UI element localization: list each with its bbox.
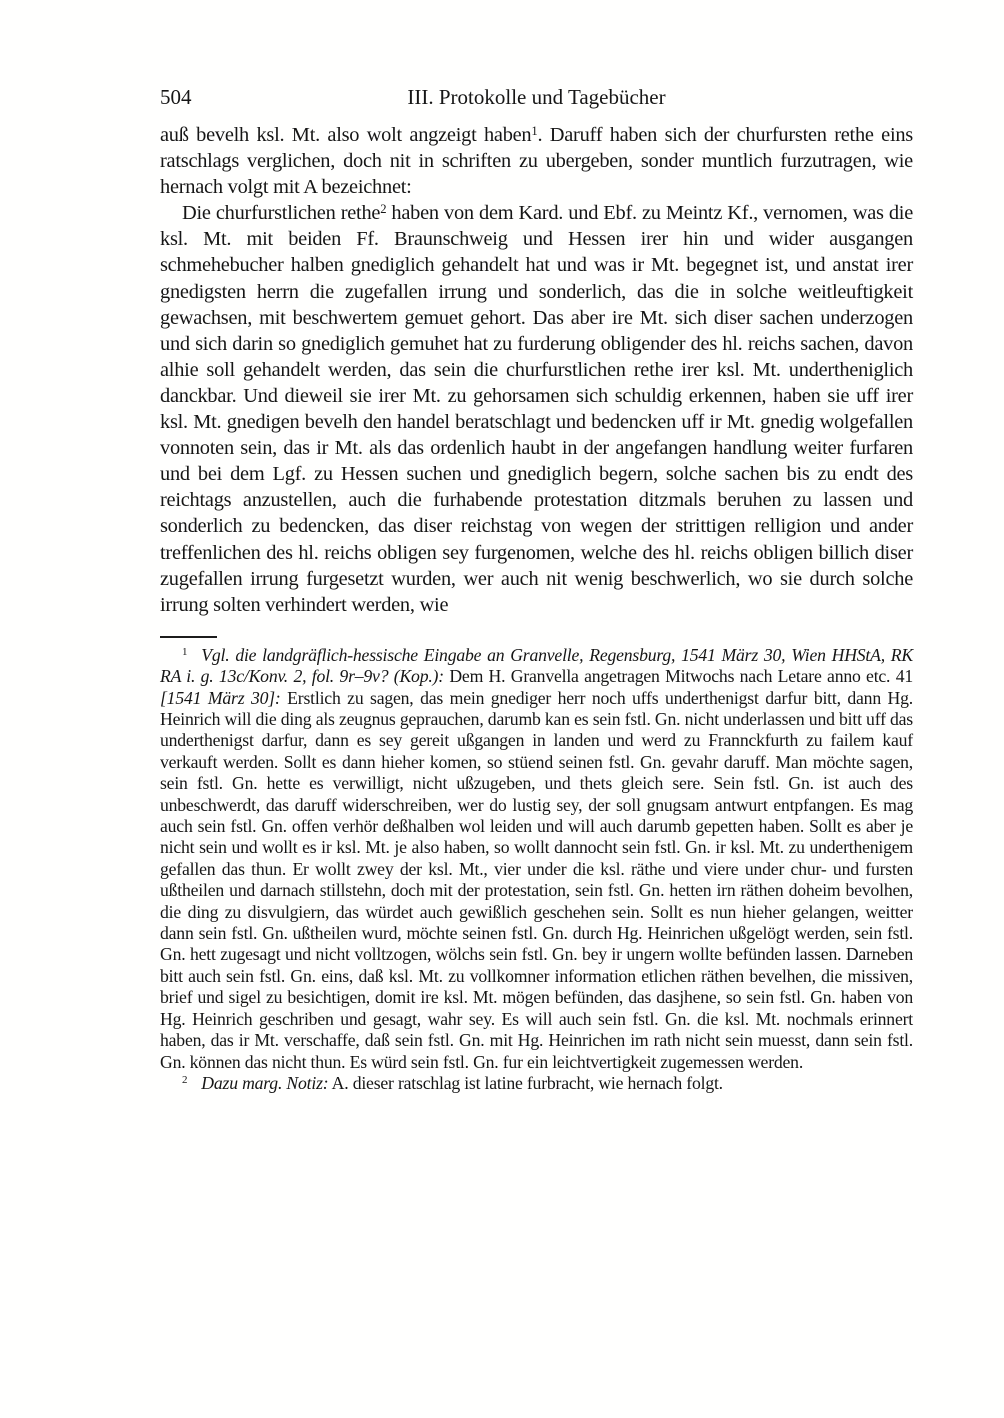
book-page: 504 III. Protokolle und Tagebücher auß b…: [0, 0, 1004, 1418]
italic-segment: Dazu marg. Notiz:: [201, 1073, 328, 1093]
page-content: 504 III. Protokolle und Tagebücher auß b…: [160, 84, 913, 1094]
footnote-2-marker: 2: [182, 1074, 187, 1086]
italic-segment: [1541 März 30]:: [160, 688, 281, 708]
text-segment: Dem H. Granvella angetragen Mitwochs nac…: [444, 666, 913, 686]
footnotes-section: 1Vgl. die landgräflich-hessische Eingabe…: [160, 645, 913, 1095]
text-segment: Erstlich zu sagen, das mein gnediger her…: [160, 688, 913, 1072]
body-paragraph-1: auß bevelh ksl. Mt. also wolt angzeigt h…: [160, 122, 913, 200]
text-segment: auß bevelh ksl. Mt. also wolt angzeigt h…: [160, 124, 531, 146]
running-title: III. Protokolle und Tagebücher: [160, 84, 913, 110]
footnote-separator: [160, 636, 217, 638]
page-number: 504: [160, 84, 192, 110]
footnote-reference: 2: [380, 202, 386, 216]
footnote-1-marker: 1: [182, 646, 187, 658]
footnote-2: 2Dazu marg. Notiz: A. dieser ratschlag i…: [160, 1073, 913, 1094]
footnote-reference: 1: [531, 124, 537, 138]
footnote-1-text: Vgl. die landgräflich-hessische Eingabe …: [160, 645, 913, 1072]
body-paragraph-2: Die churfurstlichen rethe2 haben von dem…: [160, 200, 913, 618]
text-segment: A. dieser ratschlag ist latine furbracht…: [328, 1073, 722, 1093]
footnote-2-text: Dazu marg. Notiz: A. dieser ratschlag is…: [201, 1073, 723, 1093]
text-segment: haben von dem Kard. und Ebf. zu Meintz K…: [160, 202, 913, 615]
footnote-1: 1Vgl. die landgräflich-hessische Eingabe…: [160, 645, 913, 1073]
main-text: auß bevelh ksl. Mt. also wolt angzeigt h…: [160, 122, 913, 618]
text-segment: Die churfurstlichen rethe: [182, 202, 380, 224]
page-header: 504 III. Protokolle und Tagebücher: [160, 84, 913, 110]
